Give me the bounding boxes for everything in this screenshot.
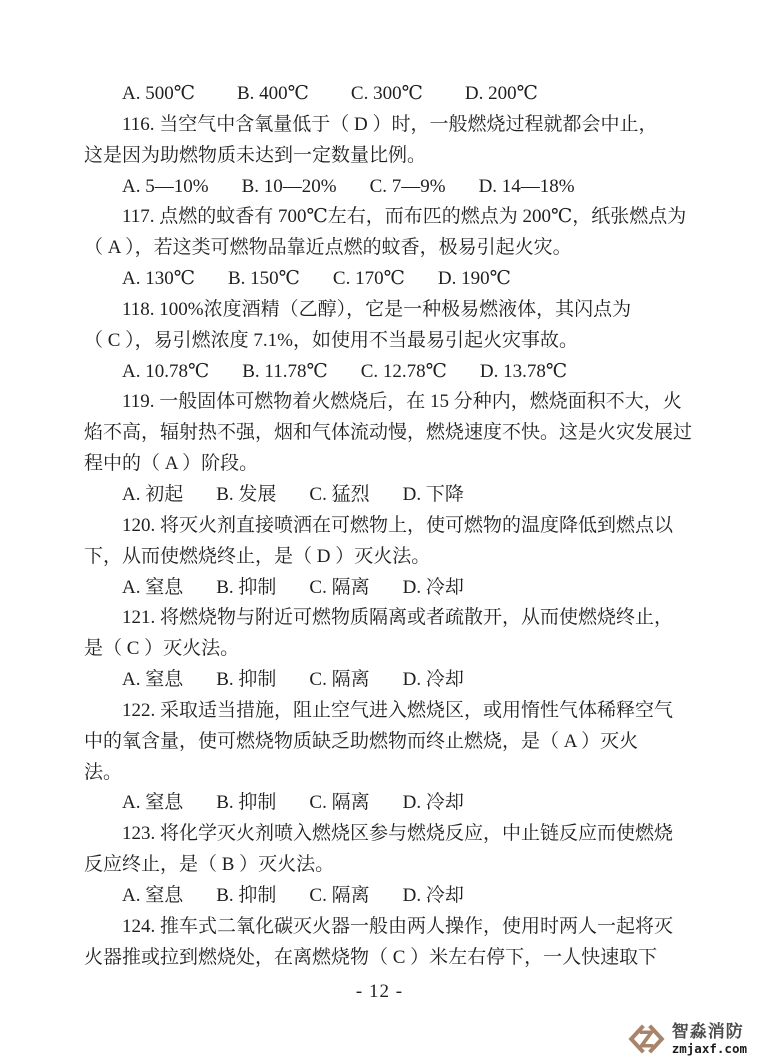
option-item: D. 冷却 xyxy=(403,665,464,696)
option-item: D. 冷却 xyxy=(403,788,464,819)
text-line: （ A ），若这类可燃物品靠近点燃的蚊香，极易引起火灾。 xyxy=(84,233,678,264)
option-item: B. 11.78℃ xyxy=(242,357,327,388)
text-line: 反应终止，是（ B ）灭火法。 xyxy=(84,850,678,881)
watermark: 智淼消防 zmjaxf.com xyxy=(628,1021,747,1057)
option-item: B. 抑制 xyxy=(216,881,276,912)
options-line: A. 130℃B. 150℃C. 170℃D. 190℃ xyxy=(84,264,678,295)
option-item: D. 下降 xyxy=(403,480,464,511)
options-line: A. 5—10%B. 10—20%C. 7—9%D. 14—18% xyxy=(84,172,678,203)
text-line: 法。 xyxy=(84,758,678,789)
watermark-brand: 智淼消防 xyxy=(672,1022,747,1041)
options-line: A. 窒息B. 抑制C. 隔离D. 冷却 xyxy=(84,788,678,819)
question-line: 123. 将化学灭火剂喷入燃烧区参与燃烧反应，中止链反应而使燃烧 xyxy=(84,819,678,850)
document-page: A. 500℃B. 400℃C. 300℃D. 200℃116. 当空气中含氧量… xyxy=(0,0,759,1063)
option-item: D. 冷却 xyxy=(403,573,464,604)
text-line: 焰不高，辐射热不强，烟和气体流动慢，燃烧速度不快。这是火灾发展过 xyxy=(84,418,678,449)
option-item: A. 初起 xyxy=(122,480,183,511)
watermark-url: zmjaxf.com xyxy=(672,1041,747,1056)
option-item: B. 400℃ xyxy=(237,79,309,110)
option-item: D. 200℃ xyxy=(465,79,538,110)
option-item: C. 7—9% xyxy=(370,172,446,203)
option-item: C. 隔离 xyxy=(309,665,369,696)
brand-logo-icon xyxy=(628,1021,665,1057)
option-item: A. 窒息 xyxy=(122,665,183,696)
option-item: D. 190℃ xyxy=(438,264,511,295)
question-line: 120. 将灭火剂直接喷洒在可燃物上，使可燃物的温度降低到燃点以 xyxy=(84,511,678,542)
option-item: B. 发展 xyxy=(216,480,276,511)
option-item: C. 隔离 xyxy=(309,573,369,604)
options-line: A. 500℃B. 400℃C. 300℃D. 200℃ xyxy=(84,79,678,110)
text-line: 中的氧含量，使可燃烧物质缺乏助燃物而终止燃烧，是（ A ）灭火 xyxy=(84,727,678,758)
question-line: 116. 当空气中含氧量低于（ D ）时，一般燃烧过程就都会中止， xyxy=(84,110,678,141)
option-item: C. 12.78℃ xyxy=(361,357,447,388)
question-line: 119. 一般固体可燃物着火燃烧后，在 15 分种内，燃烧面积不大，火 xyxy=(84,387,678,418)
option-item: A. 窒息 xyxy=(122,788,183,819)
options-line: A. 10.78℃B. 11.78℃C. 12.78℃D. 13.78℃ xyxy=(84,357,678,388)
page-number: - 12 - xyxy=(0,981,759,1003)
option-item: D. 冷却 xyxy=(403,881,464,912)
option-item: A. 5—10% xyxy=(122,172,209,203)
watermark-text: 智淼消防 zmjaxf.com xyxy=(672,1022,747,1056)
options-line: A. 窒息B. 抑制C. 隔离D. 冷却 xyxy=(84,665,678,696)
text-line: 是（ C ）灭火法。 xyxy=(84,634,678,665)
question-line: 122. 采取适当措施，阻止空气进入燃烧区，或用惰性气体稀释空气 xyxy=(84,696,678,727)
text-line: 下，从而使燃烧终止，是（ D ）灭火法。 xyxy=(84,542,678,573)
option-item: A. 窒息 xyxy=(122,881,183,912)
text-line: 程中的（ A ）阶段。 xyxy=(84,449,678,480)
option-item: B. 抑制 xyxy=(216,665,276,696)
question-line: 124. 推车式二氧化碳灭火器一般由两人操作，使用时两人一起将灭 xyxy=(84,912,678,943)
option-item: A. 130℃ xyxy=(122,264,195,295)
option-item: C. 170℃ xyxy=(333,264,405,295)
text-line: 这是因为助燃物质未达到一定数量比例。 xyxy=(84,141,678,172)
option-item: B. 抑制 xyxy=(216,788,276,819)
option-item: B. 150℃ xyxy=(228,264,300,295)
question-line: 117. 点燃的蚊香有 700℃左右，而布匹的燃点为 200℃，纸张燃点为 xyxy=(84,202,678,233)
option-item: A. 500℃ xyxy=(122,79,195,110)
option-item: A. 10.78℃ xyxy=(122,357,209,388)
option-item: C. 隔离 xyxy=(309,788,369,819)
text-line: （ C ），易引燃浓度 7.1%，如使用不当最易引起火灾事故。 xyxy=(84,326,678,357)
option-item: B. 10—20% xyxy=(242,172,337,203)
option-item: B. 抑制 xyxy=(216,573,276,604)
question-line: 121. 将燃烧物与附近可燃物质隔离或者疏散开，从而使燃烧终止， xyxy=(84,603,678,634)
text-line: 火器推或拉到燃烧处，在离燃烧物（ C ）米左右停下，一人快速取下 xyxy=(84,943,678,974)
options-line: A. 窒息B. 抑制C. 隔离D. 冷却 xyxy=(84,881,678,912)
options-line: A. 窒息B. 抑制C. 隔离D. 冷却 xyxy=(84,573,678,604)
question-line: 118. 100%浓度酒精（乙醇），它是一种极易燃液体，其闪点为 xyxy=(84,295,678,326)
option-item: C. 隔离 xyxy=(309,881,369,912)
option-item: D. 14—18% xyxy=(479,172,575,203)
option-item: C. 300℃ xyxy=(351,79,423,110)
options-line: A. 初起B. 发展C. 猛烈D. 下降 xyxy=(84,480,678,511)
option-item: A. 窒息 xyxy=(122,573,183,604)
option-item: D. 13.78℃ xyxy=(480,357,567,388)
option-item: C. 猛烈 xyxy=(309,480,369,511)
document-lines: A. 500℃B. 400℃C. 300℃D. 200℃116. 当空气中含氧量… xyxy=(84,79,678,973)
